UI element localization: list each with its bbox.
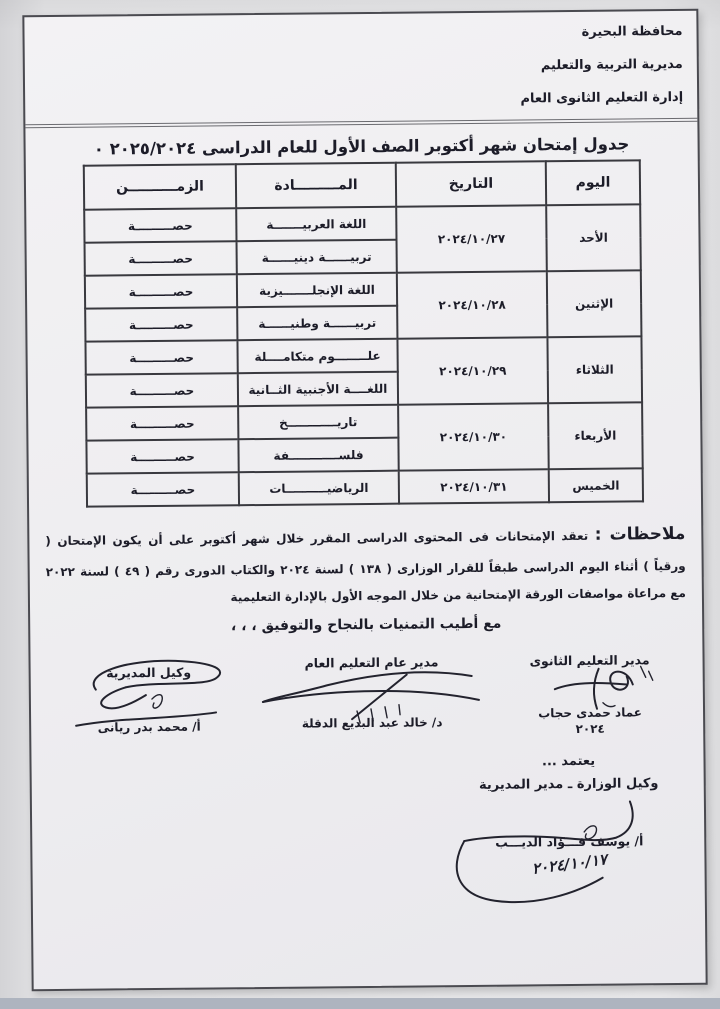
subject-cell: الرياضيــــــــــات bbox=[239, 471, 399, 506]
subject-cell: تاريــــــــــــخ bbox=[238, 405, 398, 440]
wishes-line: مع أطيب التمنيات بالنجاح والتوفيق ، ، ، bbox=[30, 614, 702, 636]
table-row: الثلاثاء٢٠٢٤/١٠/٢٩علــــــــوم متكامــــ… bbox=[85, 336, 641, 374]
time-cell: حصـــــــــة bbox=[85, 241, 237, 275]
subject-cell: اللغــــة الأجنبية الثــانية bbox=[238, 372, 398, 407]
signature-year: ٢٠٢٤ bbox=[505, 721, 675, 737]
signature-title: مدير التعليم الثانوى bbox=[504, 652, 674, 669]
notes-paragraph: ملاحظات : تعقد الإمتحانات فى المحتوى الد… bbox=[45, 516, 686, 612]
day-cell: الأربعاء bbox=[548, 402, 643, 469]
signature-name: عماد حمدى حجاب bbox=[505, 705, 675, 721]
page-title: جدول إمتحان شهر أكتوبر الصف الأول للعام … bbox=[56, 134, 668, 159]
signature-name: أ/ محمد بدر ريانى bbox=[59, 719, 239, 735]
table-header-row: اليوم التاريخ المـــــــــادة الزمــــــ… bbox=[84, 160, 640, 209]
time-cell: حصـــــــــة bbox=[86, 406, 238, 440]
time-cell: حصـــــــــة bbox=[86, 439, 238, 473]
org-line-governorate: محافظة البحيرة bbox=[38, 25, 682, 44]
table-row: الإثنين٢٠٢٤/١٠/٢٨اللغة الإنجلـــــــيزية… bbox=[85, 270, 641, 308]
day-cell: الخميس bbox=[549, 468, 643, 502]
time-cell: حصـــــــــة bbox=[85, 340, 237, 374]
notes-body: تعقد الإمتحانات فى المحتوى الدراسى المقر… bbox=[45, 529, 686, 604]
day-cell: الثلاثاء bbox=[547, 336, 642, 403]
notes-label: ملاحظات : bbox=[595, 524, 686, 545]
time-cell: حصـــــــــة bbox=[85, 274, 237, 308]
approval-block: يعتمد ... وكيل الوزارة ـ مدير المديرية أ… bbox=[433, 753, 704, 875]
org-line-directorate: مديرية التربية والتعليم bbox=[39, 58, 683, 77]
document-page: محافظة البحيرة مديرية التربية والتعليم إ… bbox=[22, 9, 707, 991]
signature-title: مدير عام التعليم العام bbox=[256, 654, 486, 671]
table-row: الخميس٢٠٢٤/١٠/٣١الرياضيــــــــــاتحصـــ… bbox=[87, 468, 643, 506]
scanned-document-photo: { "colors": { "ink": "#23232e", "paper":… bbox=[0, 0, 720, 1009]
day-cell: الإثنين bbox=[547, 270, 642, 337]
signature-block-secondary-director: مدير التعليم الثانوى عماد حمدى حجاب ٢٠٢٤ bbox=[504, 652, 675, 737]
photo-edge-strip bbox=[0, 998, 720, 1009]
signature-name: د/ خالد عبد البديع الدقلة bbox=[257, 715, 487, 731]
org-header: محافظة البحيرة مديرية التربية والتعليم إ… bbox=[24, 11, 697, 128]
table-row: الأربعاء٢٠٢٤/١٠/٣٠تاريــــــــــــخحصـــ… bbox=[86, 402, 642, 440]
signature-block-general-director: مدير عام التعليم العام د/ خالد عبد البدي… bbox=[256, 654, 487, 739]
signature-title: وكيل المديرية bbox=[59, 664, 239, 681]
column-header-day: اليوم bbox=[546, 160, 640, 205]
date-cell: ٢٠٢٤/١٠/٣١ bbox=[399, 469, 549, 503]
date-cell: ٢٠٢٤/١٠/٢٧ bbox=[396, 205, 547, 272]
time-cell: حصـــــــــة bbox=[85, 307, 237, 341]
subject-cell: علــــــــوم متكامــــلة bbox=[237, 339, 397, 374]
subject-cell: اللغة العربيـــــــة bbox=[236, 207, 396, 242]
subject-cell: تربيــــــة وطنيــــــة bbox=[237, 306, 397, 341]
approval-word: يعتمد ... bbox=[433, 753, 703, 771]
date-cell: ٢٠٢٤/١٠/٢٨ bbox=[397, 271, 548, 338]
date-cell: ٢٠٢٤/١٠/٣٠ bbox=[398, 403, 549, 470]
subject-cell: فلســــــــــــفة bbox=[238, 438, 398, 473]
column-header-time: الزمــــــــــن bbox=[84, 164, 236, 209]
exam-schedule-table: اليوم التاريخ المـــــــــادة الزمــــــ… bbox=[83, 159, 644, 507]
day-cell: الأحد bbox=[546, 204, 641, 271]
time-cell: حصـــــــــة bbox=[86, 373, 238, 407]
table-row: الأحد٢٠٢٤/١٠/٢٧اللغة العربيـــــــةحصـــ… bbox=[84, 204, 640, 242]
time-cell: حصـــــــــة bbox=[87, 472, 239, 506]
time-cell: حصـــــــــة bbox=[84, 208, 236, 242]
column-header-subject: المـــــــــادة bbox=[236, 163, 396, 209]
signatures-row: مدير التعليم الثانوى عماد حمدى حجاب ٢٠٢٤… bbox=[59, 652, 676, 741]
approval-title: وكيل الوزارة ـ مدير المديرية bbox=[434, 776, 704, 794]
subject-cell: اللغة الإنجلـــــــيزية bbox=[237, 273, 397, 308]
subject-cell: تربيــــــة دينيــــــة bbox=[237, 240, 397, 275]
org-line-administration: إدارة التعليم الثانوى العام bbox=[39, 91, 683, 110]
date-cell: ٢٠٢٤/١٠/٢٩ bbox=[397, 337, 548, 404]
column-header-date: التاريخ bbox=[396, 161, 546, 206]
signature-block-directorate-deputy: وكيل المديرية أ/ محمد بدر ريانى bbox=[59, 656, 240, 741]
